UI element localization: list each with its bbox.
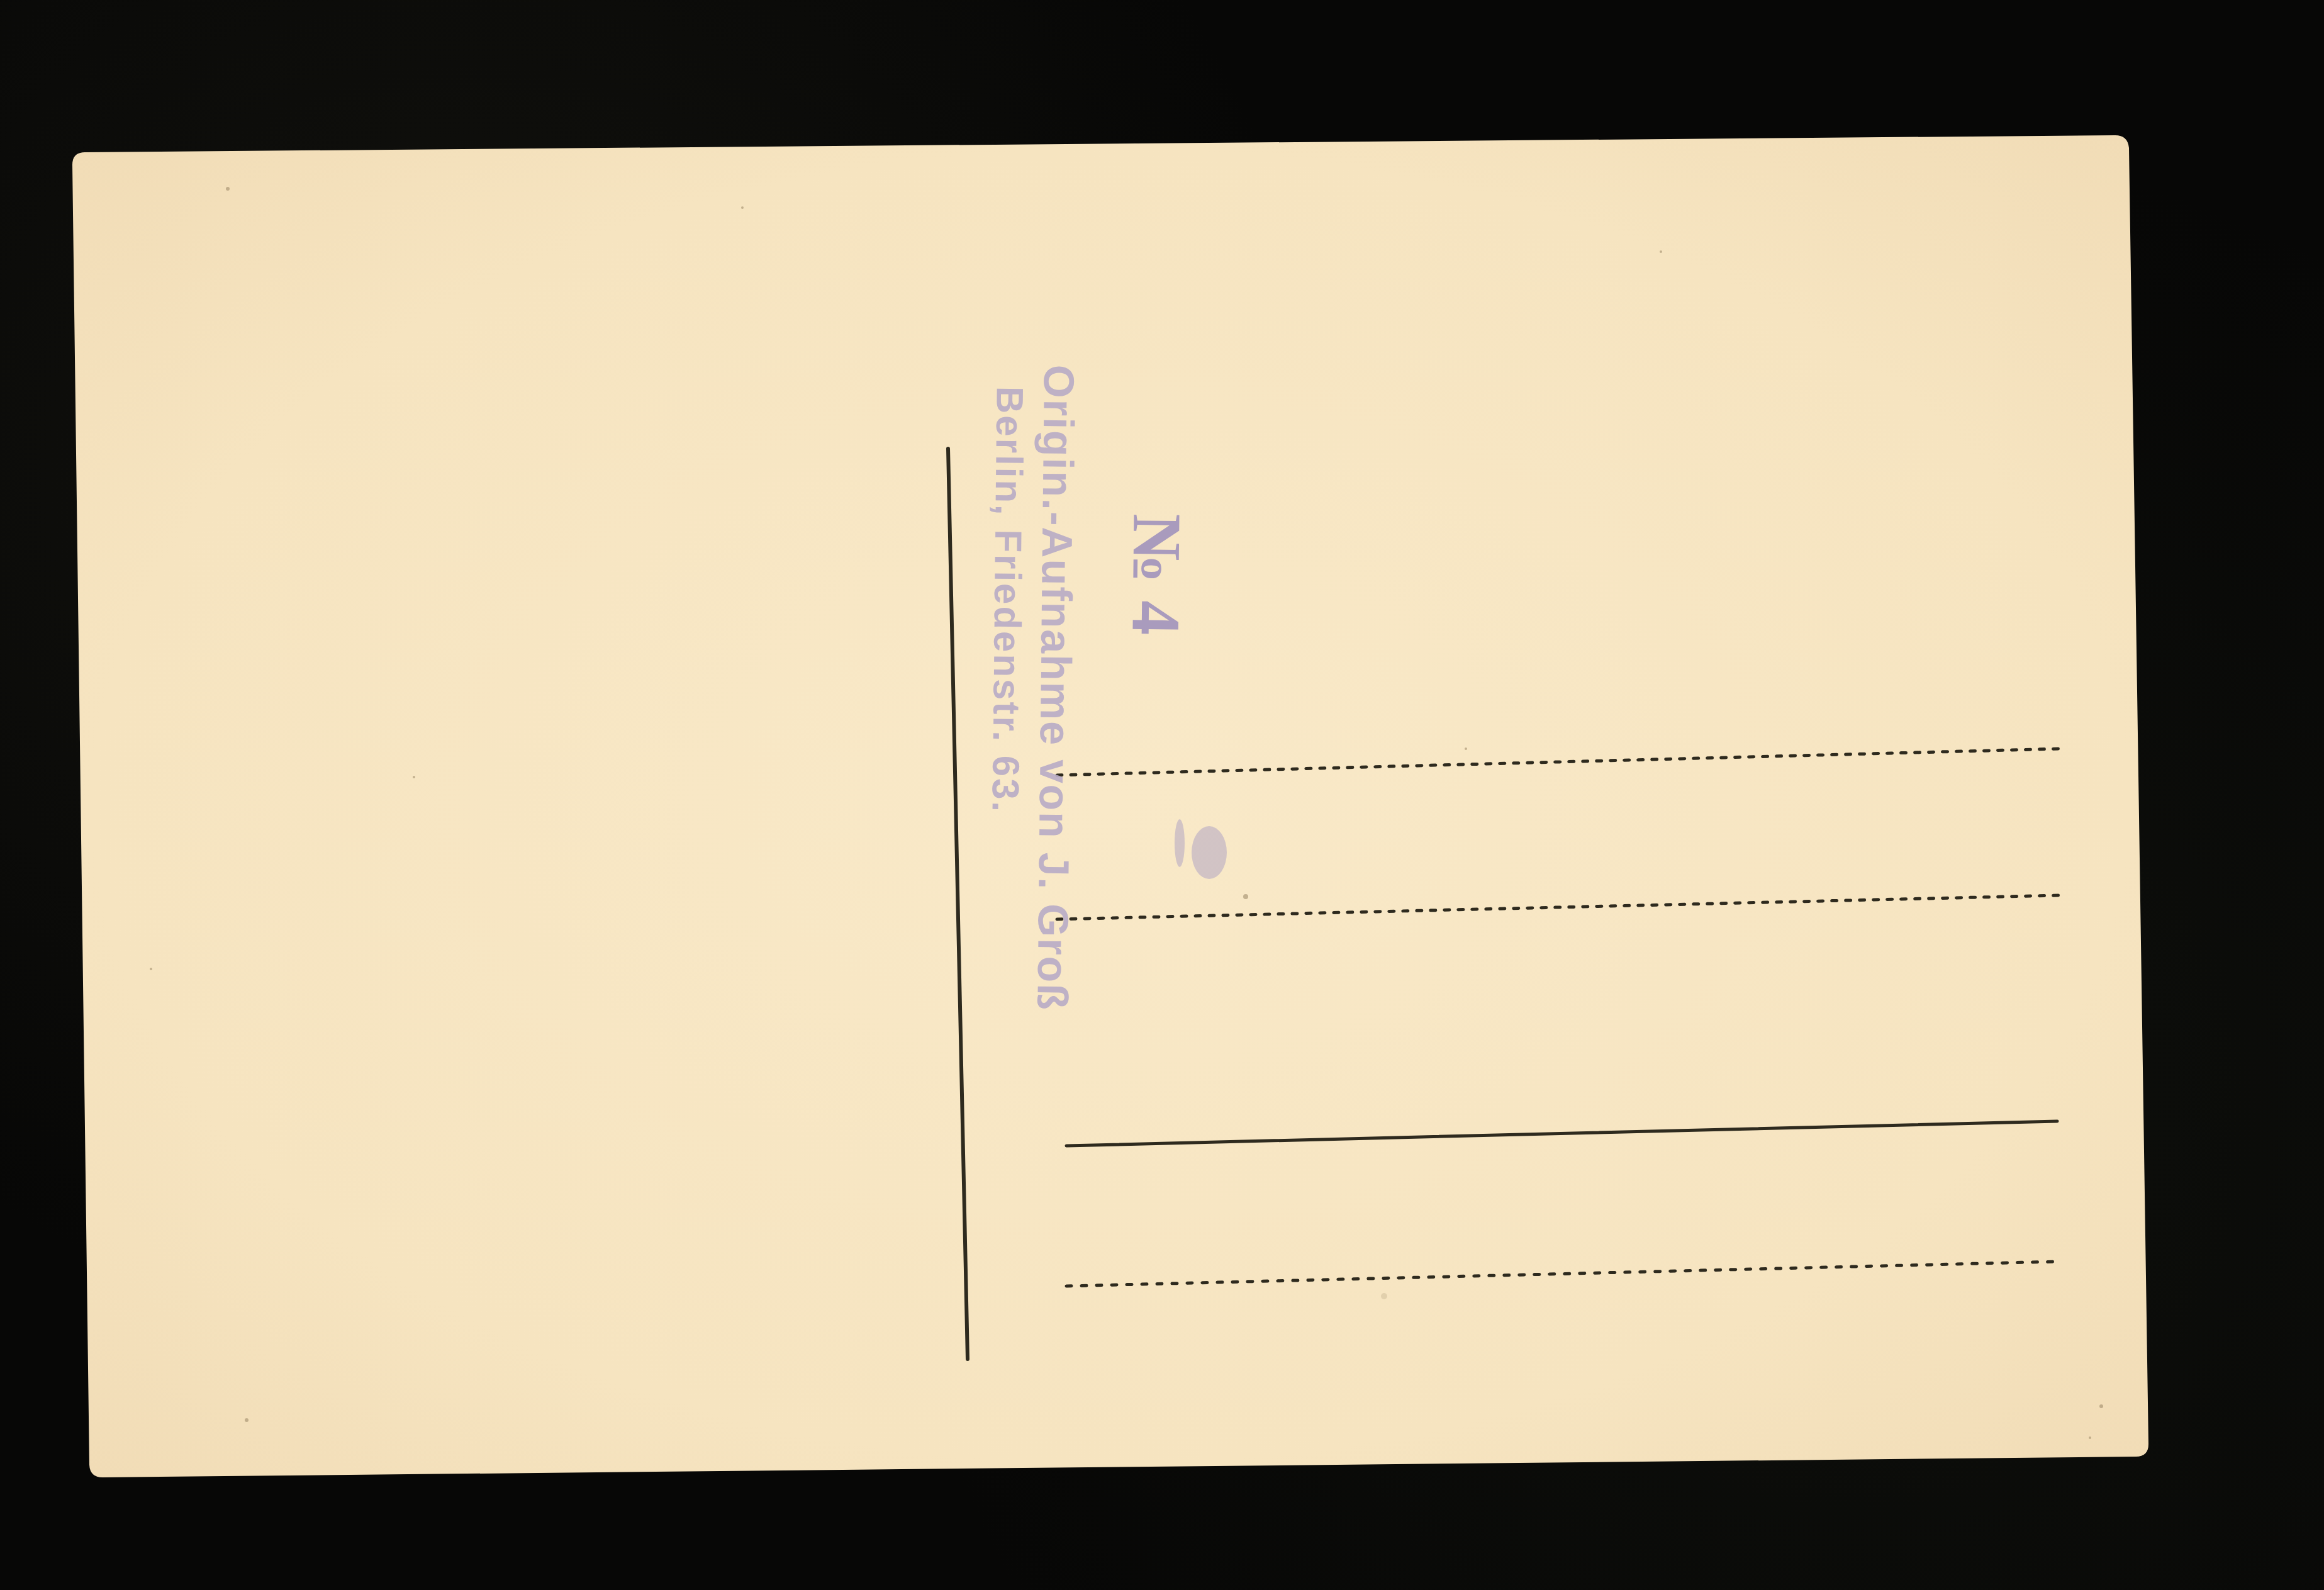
postcard-paper — [72, 135, 2148, 1477]
scan-background: Origin.-Aufnahme von J. Groß Berlin, Fri… — [0, 0, 2324, 1590]
postcard: Origin.-Aufnahme von J. Groß Berlin, Fri… — [72, 135, 2148, 1477]
stamp-number: № 4 — [1118, 513, 1196, 635]
postcard-canvas: Origin.-Aufnahme von J. Groß Berlin, Fri… — [0, 0, 2324, 1590]
stamp-line-2: Berlin, Friedenstr. 63. — [985, 386, 1031, 814]
stamp-line-1: Origin.-Aufnahme von J. Groß — [1028, 364, 1083, 1011]
